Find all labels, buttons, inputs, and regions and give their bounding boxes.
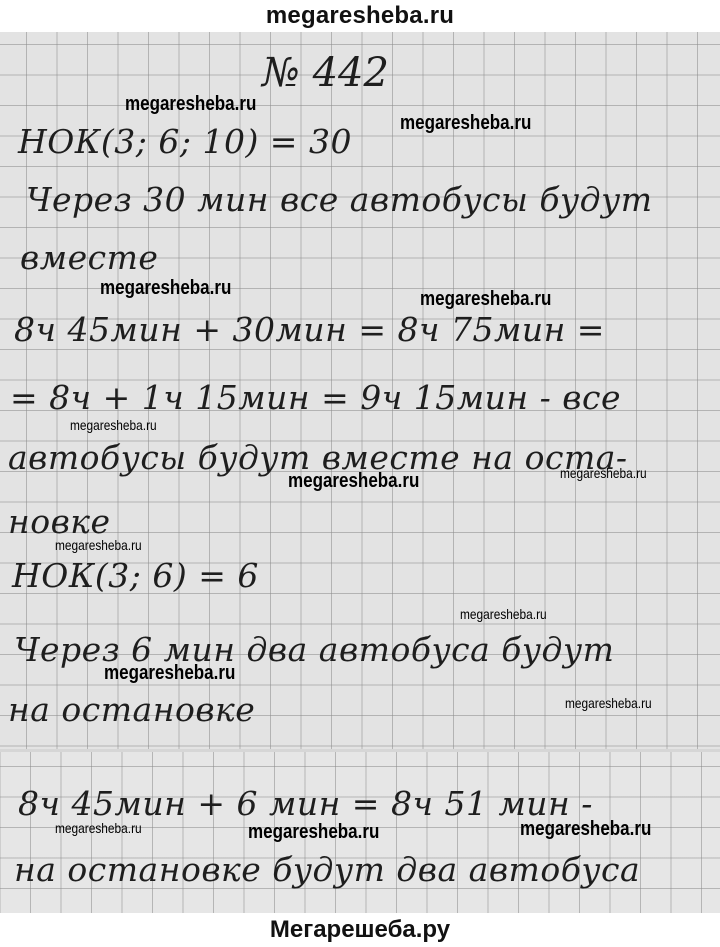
watermark: megaresheba.ru: [55, 537, 142, 553]
watermark: megaresheba.ru: [565, 695, 652, 711]
watermark: megaresheba.ru: [460, 606, 547, 622]
solution-line-8: НОК(3; 6) = 6: [12, 556, 259, 595]
watermark: megaresheba.ru: [248, 821, 379, 844]
solution-line-2: Через 30 мин все автобусы будут: [26, 180, 653, 219]
solution-line-5: = 8ч + 1ч 15мин = 9ч 15мин - все: [10, 378, 621, 417]
solution-line-3: вместе: [20, 238, 158, 277]
watermark: megaresheba.ru: [520, 818, 651, 841]
solution-line-7: новке: [8, 502, 111, 541]
watermark: megaresheba.ru: [560, 465, 647, 481]
watermark: megaresheba.ru: [400, 112, 531, 135]
watermark: megaresheba.ru: [70, 417, 157, 433]
watermark: megaresheba.ru: [420, 288, 551, 311]
solution-line-1: НОК(3; 6; 10) = 30: [18, 122, 352, 161]
solution-line-11: 8ч 45мин + 6 мин = 8ч 51 мин -: [18, 784, 593, 823]
watermark: megaresheba.ru: [55, 820, 142, 836]
solution-line-10: на остановке: [8, 690, 255, 729]
watermark: megaresheba.ru: [100, 277, 231, 300]
watermark: megaresheba.ru: [288, 470, 419, 493]
task-number: № 442: [262, 50, 389, 96]
solution-line-4: 8ч 45мин + 30мин = 8ч 75мин =: [14, 310, 605, 349]
solution-line-12: на остановке будут два автобуса: [14, 850, 640, 889]
site-header: megaresheba.ru: [0, 0, 720, 32]
site-footer: Мегарешеба.ру: [0, 913, 720, 947]
watermark: megaresheba.ru: [104, 662, 235, 685]
watermark: megaresheba.ru: [125, 93, 256, 116]
